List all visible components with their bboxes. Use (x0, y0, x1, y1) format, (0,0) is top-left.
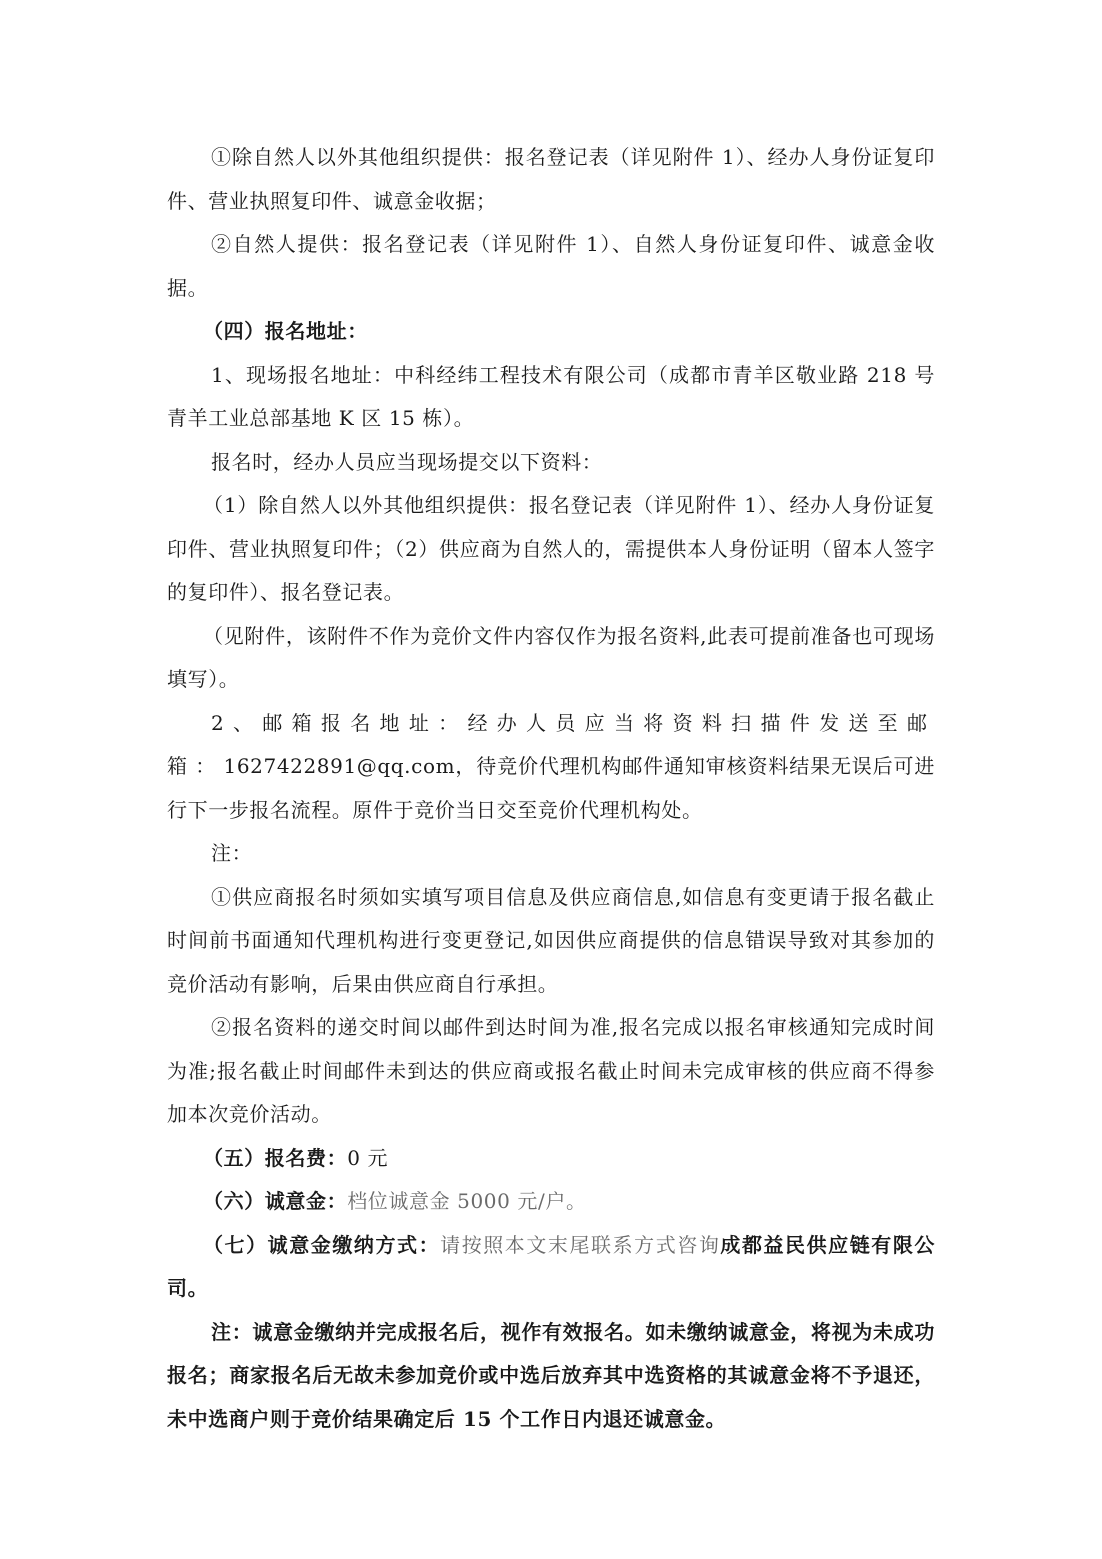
attachment-note: （见附件，该附件不作为竞价文件内容仅作为报名资料,此表可提前准备也可现场填写）。 (167, 615, 935, 702)
registration-fee-value: 0 元 (347, 1146, 388, 1170)
note-label: 注： (167, 832, 935, 876)
registration-email-link[interactable]: 1627422891@qq.com (224, 754, 456, 778)
onsite-materials-list: （1）除自然人以外其他组织提供：报名登记表（详见附件 1）、经办人身份证复印件、… (167, 484, 935, 615)
onsite-materials-intro: 报名时，经办人员应当现场提交以下资料： (167, 441, 935, 485)
onsite-registration-address: 1、现场报名地址：中科经纬工程技术有限公司（成都市青羊区敬业路 218 号青羊工… (167, 354, 935, 441)
note-item-1: ①供应商报名时须如实填写项目信息及供应商信息,如信息有变更请于报名截止时间前书面… (167, 876, 935, 1007)
final-deposit-note: 注：诚意金缴纳并完成报名后，视作有效报名。如未缴纳诚意金，将视为未成功报名；商家… (167, 1311, 935, 1442)
note-item-2: ②报名资料的递交时间以邮件到达时间为准,报名完成以报名审核通知完成时间为准;报名… (167, 1006, 935, 1137)
email-registration: 2、邮箱报名地址：经办人员应当将资料扫描件发送至邮箱：1627422891@qq… (167, 702, 935, 833)
section-deposit: （六）诚意金：档位诚意金 5000 元/户。 (167, 1180, 935, 1224)
section-heading-registration-address: （四）报名地址： (159, 310, 935, 354)
document-page: ①除自然人以外其他组织提供：报名登记表（详见附件 1）、经办人身份证复印件、营业… (167, 136, 935, 1441)
section-deposit-payment: （七）诚意金缴纳方式：请按照本文末尾联系方式咨询成都益民供应链有限公司。 (167, 1224, 935, 1311)
deposit-label: （六）诚意金： (203, 1189, 347, 1213)
section-registration-fee: （五）报名费：0 元 (167, 1137, 935, 1181)
deposit-value: 档位诚意金 5000 元/户。 (347, 1189, 586, 1213)
requirement-natural-person: ②自然人提供：报名登记表（详见附件 1）、自然人身份证复印件、诚意金收据。 (167, 223, 935, 310)
requirement-organization: ①除自然人以外其他组织提供：报名登记表（详见附件 1）、经办人身份证复印件、营业… (167, 136, 935, 223)
deposit-payment-value: 请按照本文末尾联系方式咨询 (440, 1233, 720, 1257)
registration-fee-label: （五）报名费： (203, 1146, 347, 1170)
deposit-payment-label: （七）诚意金缴纳方式： (203, 1233, 440, 1257)
